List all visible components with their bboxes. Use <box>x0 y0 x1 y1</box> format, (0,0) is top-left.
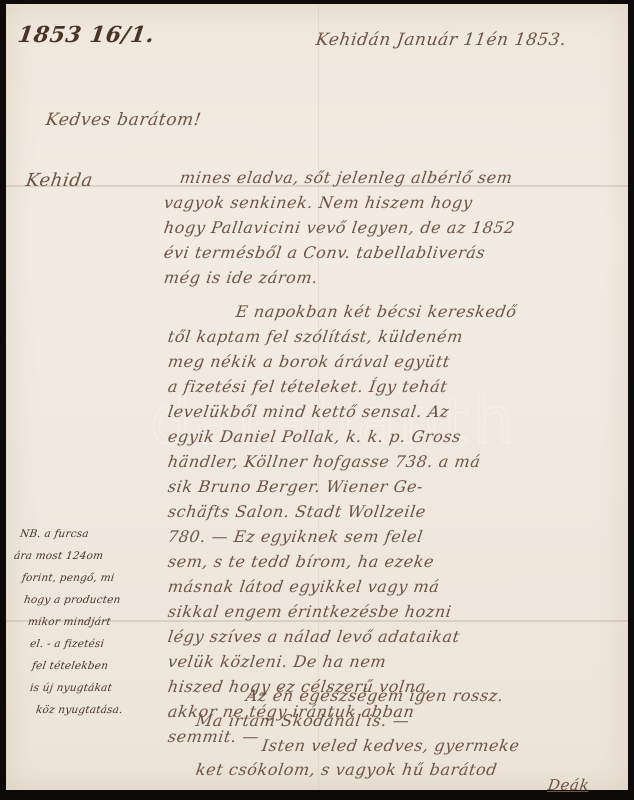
body-line: hogy Pallavicini vevő legyen, de az 1852 <box>163 218 517 237</box>
body-line: a fizetési fel tételeket. Így tehát <box>167 377 449 396</box>
body-line: meg nékik a borok árával együtt <box>167 352 452 371</box>
margin-note-line: mikor mindjárt <box>27 616 111 628</box>
body-line: ket csókolom, s vagyok hű barátod <box>195 760 499 779</box>
body-line: még is ide zárom. <box>163 268 320 287</box>
body-line: schäfts Salon. Stadt Wollzeile <box>167 502 428 521</box>
body-line: sik Bruno Berger. Wiener Ge- <box>167 477 425 496</box>
body-line: től kaptam fel szólítást, küldeném <box>167 327 465 346</box>
dateline: Kehidán Január 11én 1853. <box>315 30 568 50</box>
body-line: levelükből mind kettő sensal. Az <box>167 402 451 421</box>
archive-note: 1853 16/1. <box>16 22 156 48</box>
signature: Deák <box>547 776 591 794</box>
margin-note-line: hogy a producten <box>23 594 121 606</box>
body-line: légy szíves a nálad levő adataikat <box>167 627 461 646</box>
margin-note-line: el. - a fizetési <box>29 638 105 650</box>
paper-fold-line <box>318 4 319 790</box>
body-line: E napokban két bécsi kereskedő <box>235 302 518 321</box>
margin-note-line: fel tételekben <box>31 660 109 672</box>
body-line: évi termésből a Conv. tabellabliverás <box>163 243 487 262</box>
body-line: 780. — Ez egyiknek sem felel <box>167 527 425 546</box>
margin-note-line: köz nyugtatása. <box>35 704 123 716</box>
margin-note-line: NB. a furcsa <box>19 528 89 540</box>
body-line: Az én egészségem igen rossz. <box>245 686 505 705</box>
body-line: händler, Köllner hofgasse 738. a má <box>167 452 482 471</box>
margin-note-line: is új nyugtákat <box>29 682 113 694</box>
body-line: egyik Daniel Pollak, k. k. p. Gross <box>167 427 463 446</box>
body-line: Isten veled kedves, gyermeke <box>261 736 521 755</box>
body-line: velük közleni. De ha nem <box>167 652 388 671</box>
margin-heading: Kehida <box>25 170 95 191</box>
margin-note-line: forint, pengő, mi <box>21 572 115 584</box>
body-line: sem, s te tedd bírom, ha ezeke <box>167 552 436 571</box>
salutation: Kedves barátom! <box>45 110 203 130</box>
margin-note-line: ára most 124om <box>13 550 104 562</box>
body-line: Ma írtam Skodánál is. — <box>195 711 411 730</box>
body-line: másnak látod egyikkel vagy má <box>167 577 441 596</box>
body-line: vagyok senkinek. Nem hiszem hogy <box>163 193 474 212</box>
body-line: mines eladva, sőt jelenleg albérlő sem <box>179 168 514 187</box>
body-line: sikkal engem érintkezésbe hozni <box>167 602 453 621</box>
